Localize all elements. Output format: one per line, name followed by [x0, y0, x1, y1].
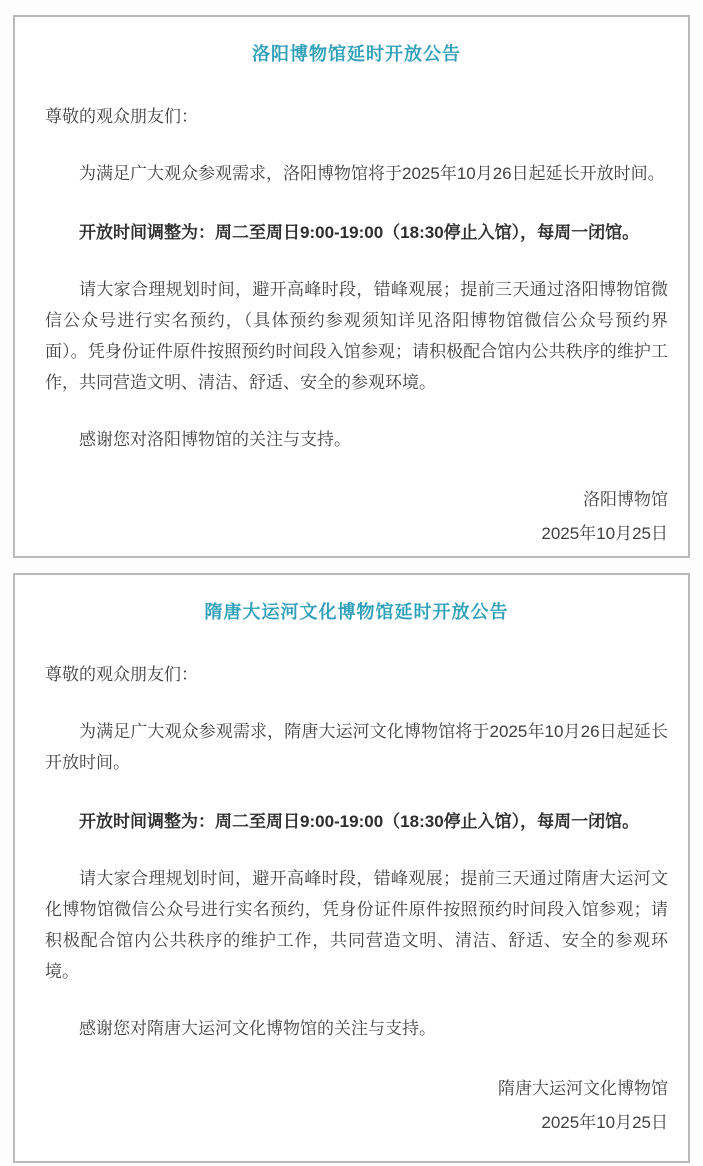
- announcement-page: 洛阳博物馆延时开放公告 尊敬的观众朋友们： 为满足广大观众参观需求，洛阳博物馆将…: [0, 0, 703, 1166]
- thanks-paragraph: 感谢您对隋唐大运河文化博物馆的关注与支持。: [45, 1013, 668, 1044]
- intro-paragraph: 为满足广大观众参观需求，洛阳博物馆将于2025年10月26日起延长开放时间。: [45, 158, 668, 189]
- notice-card-suitang-grand-canal-museum: 隋唐大运河文化博物馆延时开放公告 尊敬的观众朋友们： 为满足广大观众参观需求，隋…: [13, 573, 690, 1163]
- intro-paragraph: 为满足广大观众参观需求，隋唐大运河文化博物馆将于2025年10月26日起延长开放…: [45, 716, 668, 778]
- thanks-paragraph: 感谢您对洛阳博物馆的关注与支持。: [45, 424, 668, 455]
- signature: 隋唐大运河文化博物馆: [45, 1073, 668, 1104]
- signature-date: 2025年10月25日: [45, 1107, 668, 1138]
- notice-card-luoyang-museum: 洛阳博物馆延时开放公告 尊敬的观众朋友们： 为满足广大观众参观需求，洛阳博物馆将…: [13, 15, 690, 558]
- guidelines-paragraph: 请大家合理规划时间，避开高峰时段，错峰观展；提前三天通过隋唐大运河文化博物馆微信…: [45, 863, 668, 987]
- notice-title: 洛阳博物馆延时开放公告: [45, 41, 668, 67]
- signature: 洛阳博物馆: [45, 484, 668, 515]
- guidelines-paragraph: 请大家合理规划时间，避开高峰时段，错峰观展；提前三天通过洛阳博物馆微信公众号进行…: [45, 274, 668, 398]
- schedule-paragraph: 开放时间调整为：周二至周日9:00-19:00（18:30停止入馆），每周一闭馆…: [45, 806, 668, 837]
- greeting-line: 尊敬的观众朋友们：: [45, 659, 668, 690]
- notice-title: 隋唐大运河文化博物馆延时开放公告: [45, 599, 668, 625]
- signature-date: 2025年10月25日: [45, 518, 668, 549]
- schedule-paragraph: 开放时间调整为：周二至周日9:00-19:00（18:30停止入馆），每周一闭馆…: [45, 217, 668, 248]
- greeting-line: 尊敬的观众朋友们：: [45, 101, 668, 132]
